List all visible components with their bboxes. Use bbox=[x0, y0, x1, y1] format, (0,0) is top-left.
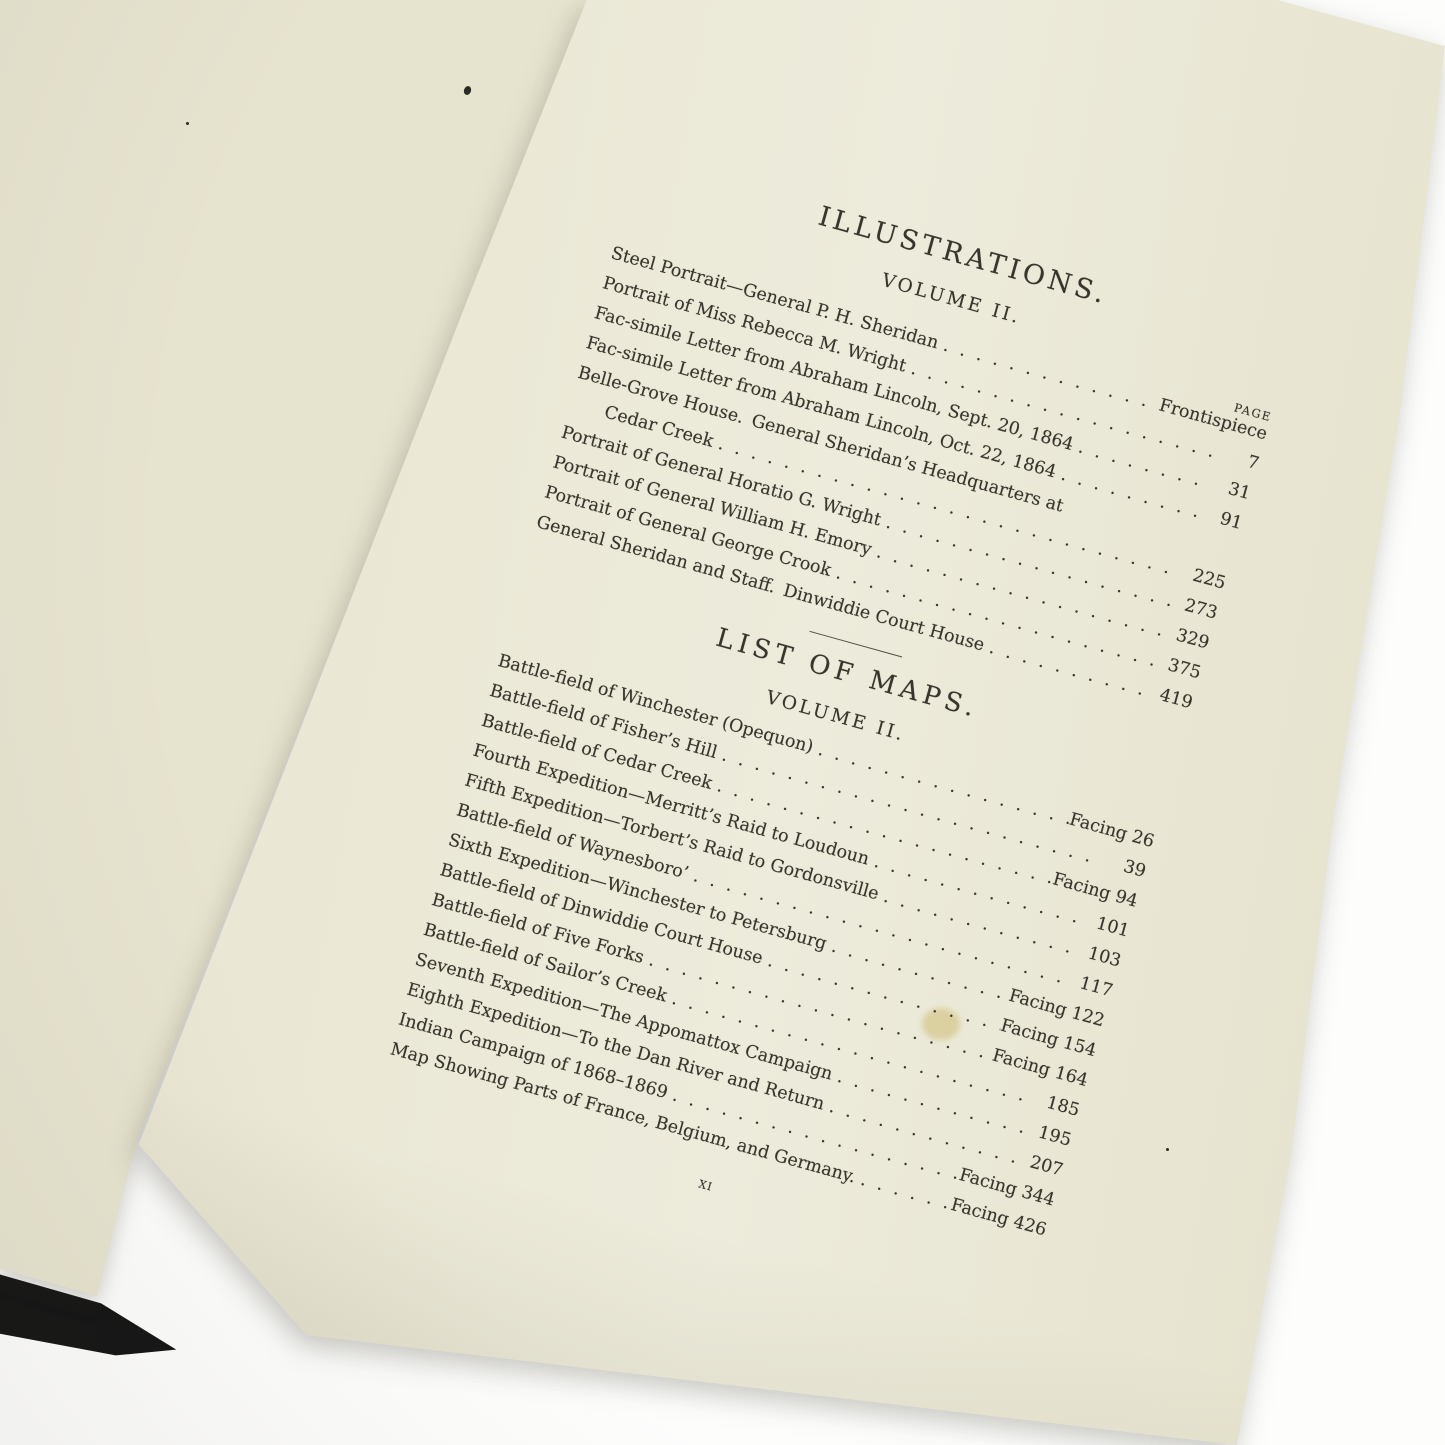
right-page: ILLUSTRATIONS. VOLUME II. PAGE Steel Por… bbox=[0, 0, 1445, 1445]
ink-speck bbox=[186, 122, 189, 125]
right-page-wrap: ILLUSTRATIONS. VOLUME II. PAGE Steel Por… bbox=[0, 0, 1445, 1445]
toc-text-block: ILLUSTRATIONS. VOLUME II. PAGE Steel Por… bbox=[374, 150, 1295, 1290]
ink-speck bbox=[1166, 1148, 1169, 1151]
book-photo: ILLUSTRATIONS. VOLUME II. PAGE Steel Por… bbox=[0, 0, 1445, 1445]
